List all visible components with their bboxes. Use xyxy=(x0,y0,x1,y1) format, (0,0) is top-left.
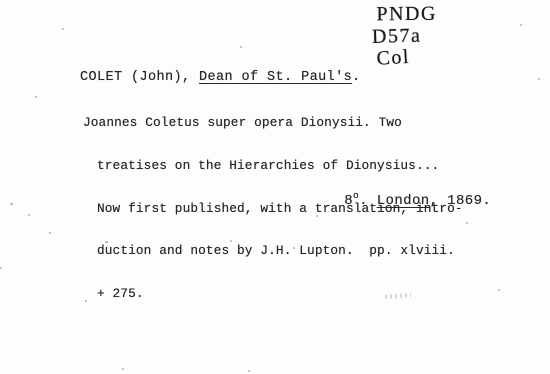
scan-speck xyxy=(316,215,318,217)
scan-speck xyxy=(248,370,250,372)
library-catalog-card: PNDG D57a Col COLET (John), Dean of St. … xyxy=(0,0,550,374)
heading-suffix: . xyxy=(352,70,361,85)
imprint-separator: . xyxy=(359,193,377,209)
scan-speck xyxy=(230,240,232,242)
scan-speck xyxy=(240,46,242,48)
scan-speck xyxy=(293,247,295,249)
classmark-line-3: Col xyxy=(376,45,439,70)
description-line-4: duction and notes by J.H. Lupton. pp. xl… xyxy=(97,244,463,258)
scan-speck xyxy=(10,203,13,205)
scan-speck xyxy=(35,96,37,98)
handwritten-classmark: PNDG D57a Col xyxy=(371,3,438,69)
scan-speck xyxy=(520,24,522,26)
scan-speck xyxy=(0,267,2,269)
scan-speck xyxy=(62,28,64,30)
imprint-line: 8o. London, 1869. xyxy=(309,177,491,225)
heading-title-underlined: Dean of St. Paul's xyxy=(199,70,352,85)
scan-speck xyxy=(85,300,87,302)
scan-speck xyxy=(105,241,108,243)
heading-author: COLET (John), xyxy=(80,70,199,85)
scan-speck xyxy=(498,289,500,291)
description-line-2: treatises on the Hierarchies of Dionysiu… xyxy=(97,159,463,173)
imprint-place-underlined: London xyxy=(377,193,430,209)
classmark-line-1: PNDG xyxy=(376,4,437,26)
imprint-format: 8 xyxy=(344,193,353,209)
scan-speck xyxy=(28,214,30,216)
classmark-line-2: D57a xyxy=(372,25,438,48)
scan-speck xyxy=(49,232,51,234)
scan-speck xyxy=(538,78,540,80)
scan-speck xyxy=(122,368,124,370)
imprint-date: , 1869. xyxy=(430,193,492,209)
scan-speck xyxy=(466,222,468,224)
description-line-1: Joannes Coletus super opera Dionysii. Tw… xyxy=(83,116,463,130)
